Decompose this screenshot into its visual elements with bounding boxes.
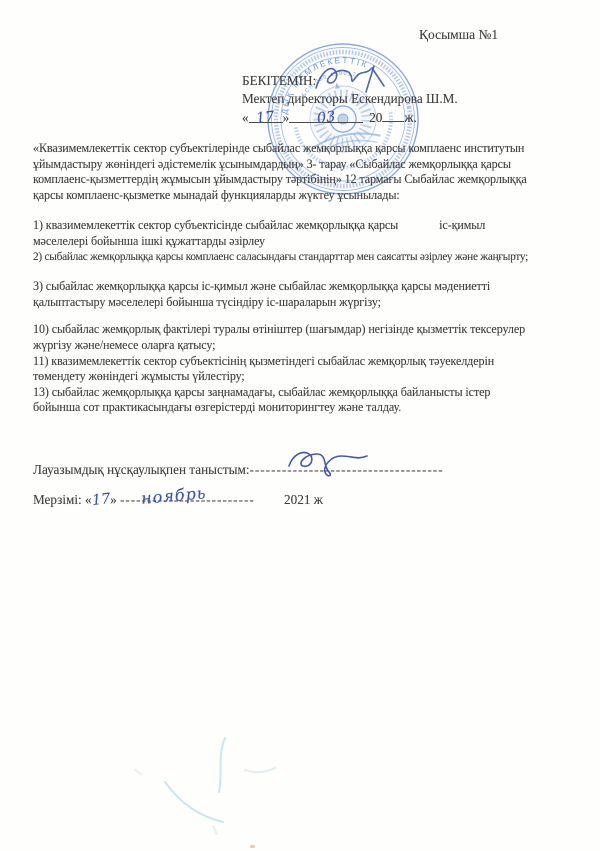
intro-paragraph: «Квазимемлекеттік сектор субъектілерінде… — [33, 141, 595, 203]
director-signature — [312, 62, 402, 96]
term-label: Мерзімі: — [33, 492, 82, 507]
director-line: Мектеп директоры Ескендирова Ш.М. — [242, 90, 562, 108]
year-suffix: ж. — [404, 110, 416, 125]
year-underline — [382, 108, 404, 122]
paper-speck — [250, 845, 255, 848]
clause-13: 13) сыбайлас жемқорлыққа қарсы заңнамада… — [33, 385, 595, 416]
acknowledgement-label: Лауазымдық нұсқаулықпен таныстым: — [33, 462, 250, 477]
employee-signature — [283, 444, 383, 480]
quote-open: « — [242, 110, 249, 125]
approval-block: БЕКІТЕМІН: Мектеп директоры Ескендирова … — [242, 72, 562, 127]
ink-bleed-marks — [95, 730, 375, 850]
document-body: «Квазимемлекеттік сектор субъектілерінде… — [33, 141, 595, 416]
term-quote-close: » — [110, 492, 117, 507]
clause-11: 11) квазимемлекеттік сектор субъектісіні… — [33, 354, 595, 385]
term-handwritten-day: 17 — [91, 494, 110, 506]
approve-label: БЕКІТЕМІН: — [242, 73, 316, 88]
clause-3: 3) сыбайлас жемқорлыққа қарсы іс-қимыл ж… — [33, 279, 595, 310]
year-prefix: 20 — [369, 110, 382, 125]
clause-1: 1) квазимемлекеттік сектор субъектісінде… — [33, 218, 595, 249]
term-year: 2021 ж — [284, 492, 323, 507]
clause-2: 2) сыбайлас жемқорлыққа қарсы комплаенс … — [33, 250, 595, 266]
handwritten-day: 17 — [256, 112, 275, 124]
appendix-label: Қосымша №1 — [419, 27, 498, 43]
quote-close: » — [283, 110, 290, 125]
approval-date-line: «17»0320ж. — [242, 108, 562, 127]
handwritten-month: 03 — [316, 112, 335, 124]
scanned-document-page: Қосымша №1 ДЫҚ МЕМЛЕКЕТТІК БСН 030 45001… — [0, 0, 600, 851]
month-underline: 03 — [289, 109, 363, 123]
clause-10: 10) сыбайлас жемқорлық фактілері туралы … — [33, 322, 595, 353]
acknowledgement-block: Лауазымдық нұсқаулықпен таныстым:-------… — [33, 462, 573, 508]
day-underline: 17 — [249, 109, 283, 123]
